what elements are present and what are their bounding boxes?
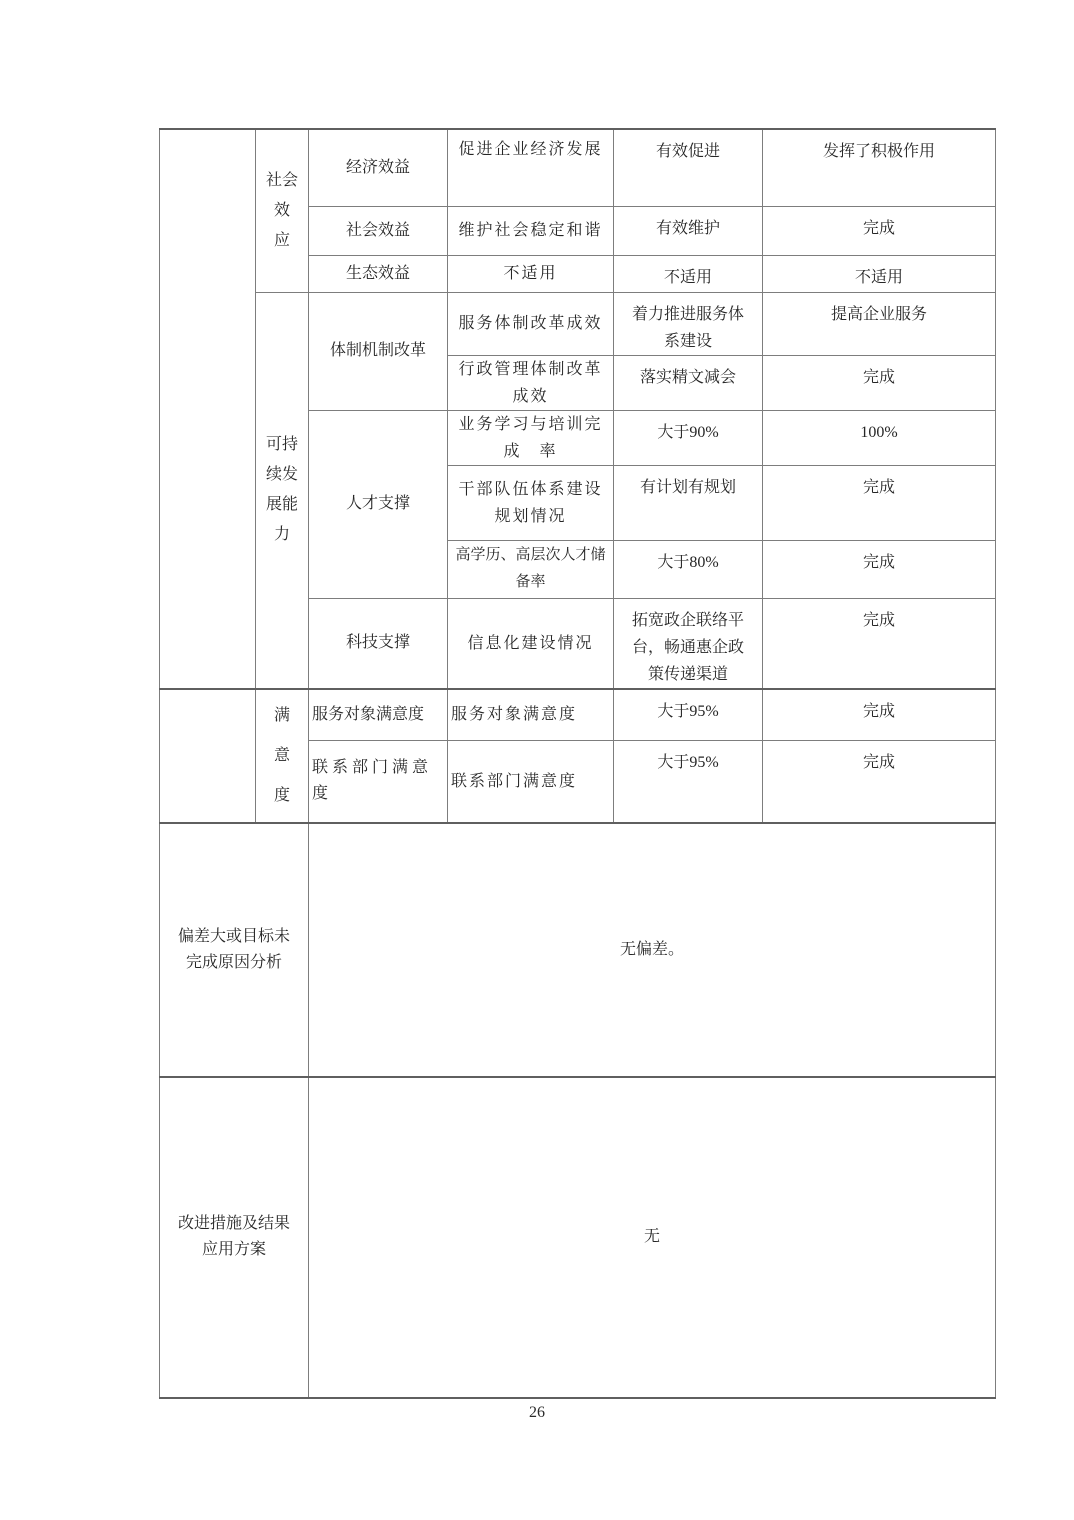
cell-result-informatization: 完成	[763, 598, 996, 689]
cell-result-service-reform: 提高企业服务	[763, 292, 996, 355]
cell-target-dept-satisfaction: 大于95%	[614, 741, 763, 823]
cell-subcategory-talent-support: 人才支撑	[309, 410, 448, 598]
cell-subcategory-system-reform: 体制机制改革	[309, 292, 448, 410]
cell-indicator-social: 维护社会稳定和谐	[448, 206, 614, 255]
cell-indicator-service-satisfaction: 服务对象满意度	[448, 689, 614, 741]
cell-category-social-effect: 社会 效 应	[256, 129, 309, 292]
cell-result-ecological: 不适用	[763, 255, 996, 292]
cell-deviation-content: 无偏差。	[309, 823, 996, 1077]
cell-indicator-economic: 促进企业经济发展	[448, 129, 614, 206]
cell-target-cadre-planning: 有计划有规划	[614, 465, 763, 540]
cell-category-satisfaction: 满 意 度	[256, 689, 309, 823]
cell-indicator-informatization: 信息化建设情况	[448, 598, 614, 689]
cell-target-admin-reform: 落实精文减会	[614, 355, 763, 410]
cell-indicator-admin-reform: 行政管理体制改革 成效	[448, 355, 614, 410]
cell-result-service-satisfaction: 完成	[763, 689, 996, 741]
cell-target-training-completion: 大于90%	[614, 410, 763, 465]
cell-category-blank-satisfaction	[160, 689, 256, 823]
performance-table: 社会 效 应 经济效益 促进企业经济发展 有效促进 发挥了积极作用 社会效益 维…	[159, 128, 996, 1399]
cell-result-training-completion: 100%	[763, 410, 996, 465]
cell-target-ecological: 不适用	[614, 255, 763, 292]
cell-target-talent-reserve: 大于80%	[614, 540, 763, 598]
cell-subcategory-tech-support: 科技支撑	[309, 598, 448, 689]
cell-subcategory-service-target-satisfaction: 服务对象满意度	[309, 689, 448, 741]
cell-indicator-dept-satisfaction: 联系部门满意度	[448, 741, 614, 823]
cell-subcategory-ecological: 生态效益	[309, 255, 448, 292]
cell-indicator-cadre-planning: 干部队伍体系建设 规划情况	[448, 465, 614, 540]
cell-result-dept-satisfaction: 完成	[763, 741, 996, 823]
cell-result-admin-reform: 完成	[763, 355, 996, 410]
cell-subcategory-contact-dept-satisfaction: 联 系 部 门 满 意 度	[309, 741, 448, 823]
cell-deviation-label: 偏差大或目标未 完成原因分析	[160, 823, 309, 1077]
cell-subcategory-social: 社会效益	[309, 206, 448, 255]
cell-category-blank-top	[160, 129, 256, 689]
cell-subcategory-economic: 经济效益	[309, 129, 448, 206]
cell-improvement-label: 改进措施及结果 应用方案	[160, 1077, 309, 1398]
cell-target-service-satisfaction: 大于95%	[614, 689, 763, 741]
cell-indicator-training-completion: 业务学习与培训完 成 率	[448, 410, 614, 465]
cell-target-social: 有效维护	[614, 206, 763, 255]
performance-table-section: 社会 效 应 经济效益 促进企业经济发展 有效促进 发挥了积极作用 社会效益 维…	[159, 128, 996, 1399]
cell-improvement-content: 无	[309, 1077, 996, 1398]
cell-target-service-reform: 着力推进服务体 系建设	[614, 292, 763, 355]
page-number: 26	[0, 1404, 1074, 1422]
cell-indicator-ecological: 不适用	[448, 255, 614, 292]
cell-category-sustainable-dev: 可持 续发 展能 力	[256, 292, 309, 689]
cell-result-cadre-planning: 完成	[763, 465, 996, 540]
cell-indicator-service-reform: 服务体制改革成效	[448, 292, 614, 355]
cell-indicator-talent-reserve: 高学历、高层次人才储 备率	[448, 540, 614, 598]
cell-result-talent-reserve: 完成	[763, 540, 996, 598]
cell-result-social: 完成	[763, 206, 996, 255]
cell-result-economic: 发挥了积极作用	[763, 129, 996, 206]
cell-target-informatization: 拓宽政企联络平 台，畅通惠企政 策传递渠道	[614, 598, 763, 689]
cell-target-economic: 有效促进	[614, 129, 763, 206]
